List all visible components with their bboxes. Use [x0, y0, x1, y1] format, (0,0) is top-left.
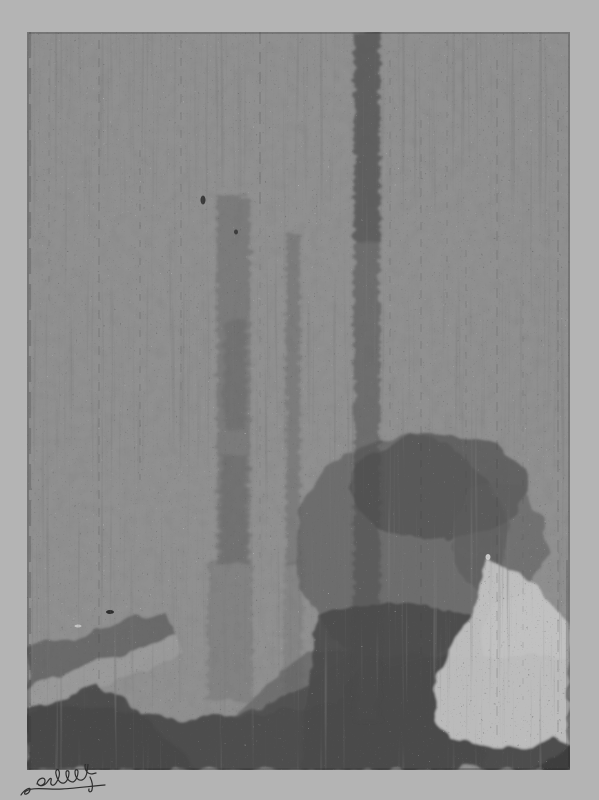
artist-signature-svg: [14, 764, 124, 800]
artist-signature: [14, 764, 124, 800]
signature-strokes: [21, 764, 105, 795]
artwork-print: [27, 32, 570, 770]
signature-t-cross: [89, 777, 93, 792]
matted-art-frame: [0, 0, 599, 800]
artwork-canvas: [27, 32, 570, 770]
grain-light-overlay: [27, 32, 570, 770]
signature-letters: [37, 764, 96, 786]
